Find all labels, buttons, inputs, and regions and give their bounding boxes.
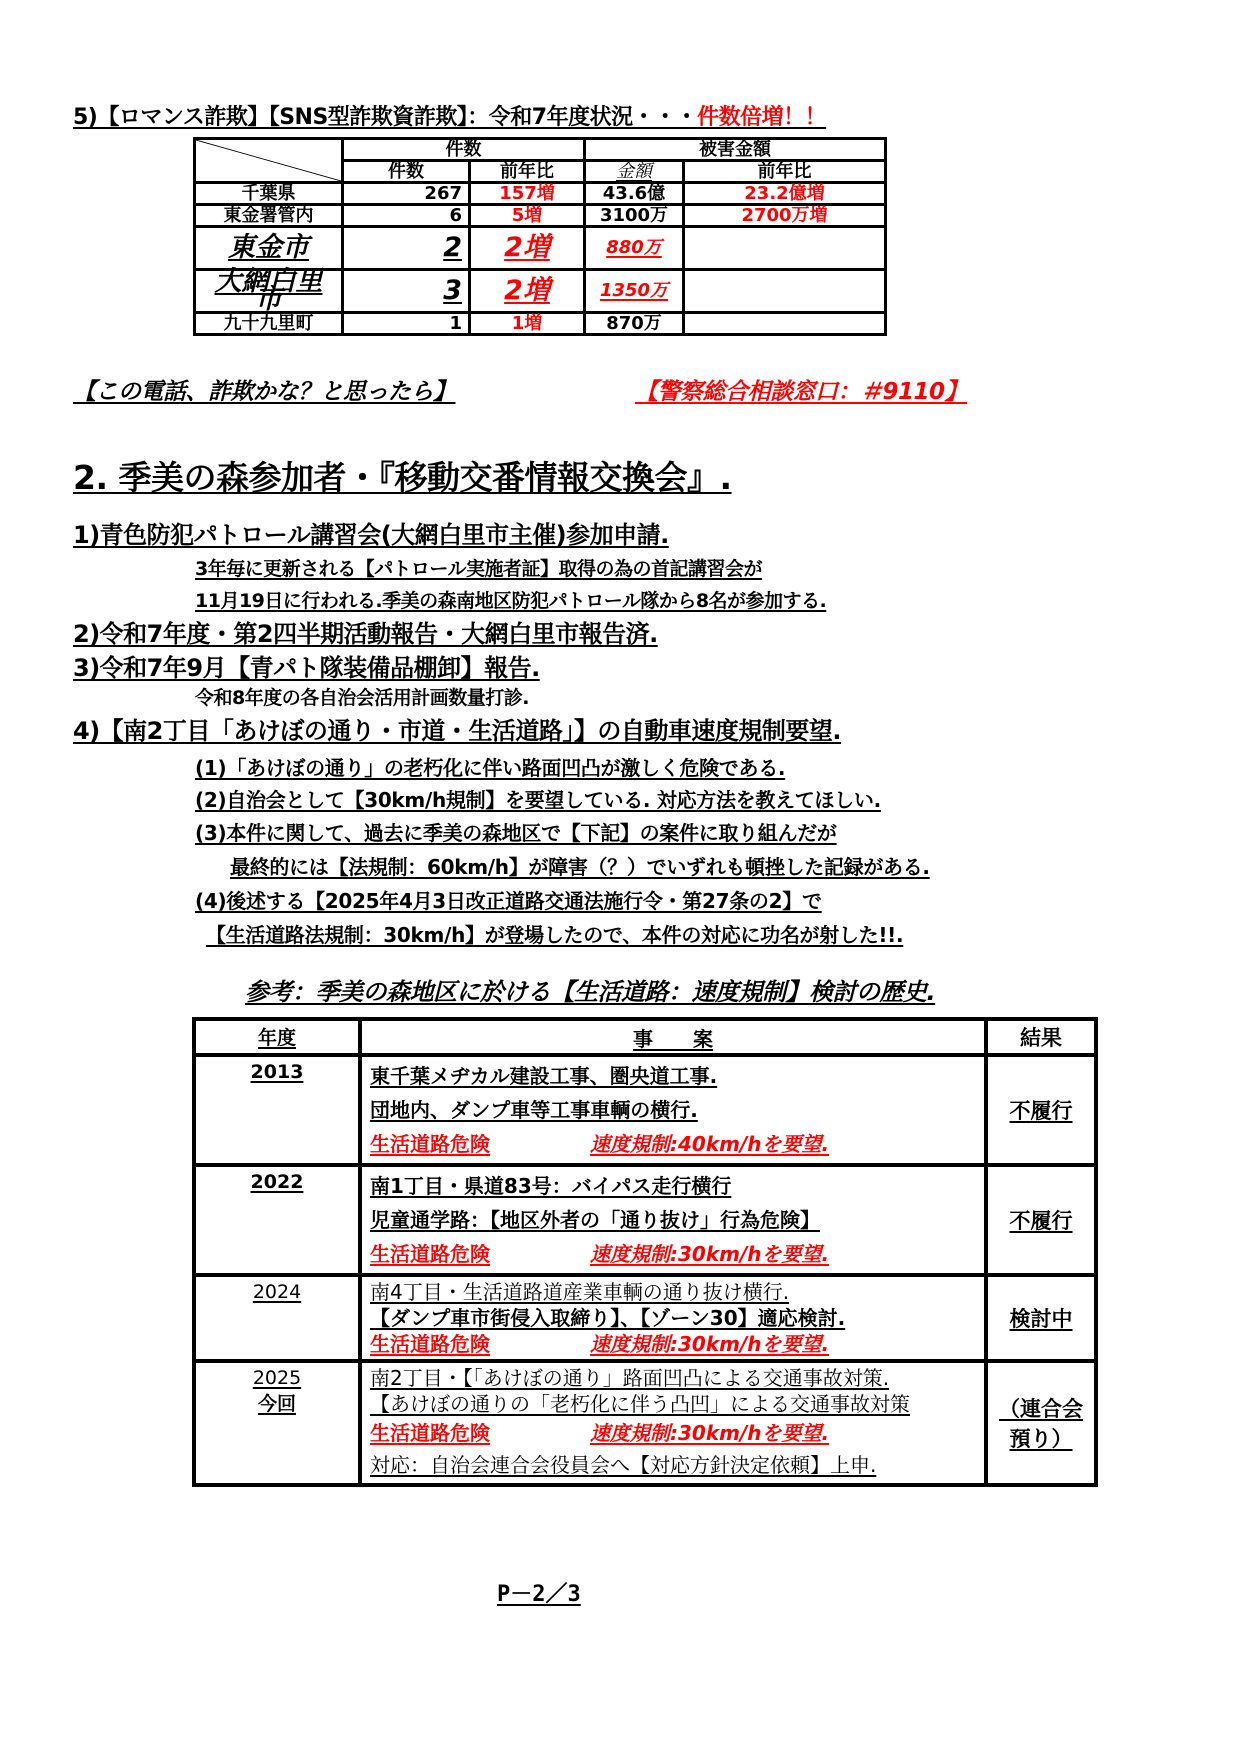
header-case: 事 案 <box>360 1019 986 1055</box>
case-cell: 南2丁目・【「あけぼの通り」路面凹凸による交通事故対策. 【あけぼの通りの「老朽… <box>360 1361 986 1485</box>
count-cell: 1 <box>343 313 470 335</box>
case-cell: 南4丁目・生活道路道産業車輌の通り抜け横行. 【ダンプ車市街侵入取締り】、【ゾー… <box>360 1275 986 1361</box>
subheader-amount: 金額 <box>585 161 684 183</box>
fraud-stats-table: 件数 被害金額 件数 前年比 金額 前年比 千葉県 267 157増 43.6億… <box>193 137 887 336</box>
area-cell: 東金署管内 <box>195 205 343 227</box>
case-line: 東千葉メヂカル建設工事、圏央道工事. <box>370 1059 976 1093</box>
result-line: 預り） <box>989 1423 1093 1453</box>
item4-point: 最終的には【法規制：60km/h】が障害（？）でいずれも頓挫した記録がある. <box>230 851 930 880</box>
item4-point: (1)「あけぼの通り」の老朽化に伴い路面凹凸が激しく危険である. <box>195 752 785 781</box>
area-cell: 千葉県 <box>195 183 343 205</box>
fraud-callout: 【この電話、詐欺かな？と思ったら】 <box>73 373 456 406</box>
area-cell: 東金市 <box>195 227 343 270</box>
case-line: 南1丁目・県道83号：バイパス走行横行 <box>370 1169 976 1203</box>
year-cell: 2024 <box>194 1275 360 1361</box>
item3-line: 令和8年度の各自治会活用計画数量打診. <box>195 683 529 710</box>
amount-change-cell <box>684 270 886 313</box>
header-result: 結果 <box>986 1019 1096 1055</box>
case-line: 南4丁目・生活道路道産業車輌の通り抜け横行. <box>370 1279 976 1305</box>
count-change-cell: 2増 <box>470 270 585 313</box>
speed-regulation-history-table: 年度 事 案 結果 2013 東千葉メヂカル建設工事、圏央道工事. 団地内、ダン… <box>192 1017 1098 1487</box>
danger-label: 生活道路危険 <box>370 1421 490 1445</box>
year-cell: 2025 今回 <box>194 1361 360 1485</box>
count-change-cell: 5増 <box>470 205 585 227</box>
table-row: 2024 南4丁目・生活道路道産業車輌の通り抜け横行. 【ダンプ車市街侵入取締り… <box>194 1275 1096 1361</box>
item4-point: (3)本件に関して、過去に季美の森地区で【下記】の案件に取り組んだが <box>195 817 837 846</box>
group-header-count: 件数 <box>343 139 585 161</box>
speed-request: 速度規制:30km/hを要望. <box>590 1421 829 1445</box>
case-cell: 南1丁目・県道83号：バイパス走行横行 児童通学路：【地区外者の「通り抜け」行為… <box>360 1165 986 1275</box>
speed-request: 速度規制:40km/hを要望. <box>590 1132 829 1156</box>
subheader-count-change: 前年比 <box>470 161 585 183</box>
count-cell: 267 <box>343 183 470 205</box>
case-line: 【あけぼの通りの「老朽化に伴う凸凹」による交通事故対策 <box>370 1391 976 1417</box>
count-change-cell: 2増 <box>470 227 585 270</box>
subheader-count: 件数 <box>343 161 470 183</box>
table-row: 2013 東千葉メヂカル建設工事、圏央道工事. 団地内、ダンプ車等工事車輌の横行… <box>194 1055 1096 1165</box>
speed-request: 速度規制:30km/hを要望. <box>590 1332 829 1356</box>
case-cell: 東千葉メヂカル建設工事、圏央道工事. 団地内、ダンプ車等工事車輌の横行. 生活道… <box>360 1055 986 1165</box>
table-corner-cell <box>195 139 343 183</box>
header-year: 年度 <box>194 1019 360 1055</box>
subheader-amount-change: 前年比 <box>684 161 886 183</box>
case-line: 対応：自治会連合会役員会へ【対応方針決定依頼】上申. <box>370 1449 976 1481</box>
year-value: 2013 <box>251 1061 304 1083</box>
section5-heading-highlight: 件数倍増！！ <box>697 105 826 130</box>
danger-label: 生活道路危険 <box>370 1132 490 1156</box>
amount-cell: 3100万 <box>585 205 684 227</box>
police-hotline: 【警察総合相談窓口：＃9110】 <box>635 373 967 406</box>
result-cell: 検討中 <box>986 1275 1096 1361</box>
result-line: （連合会 <box>989 1393 1093 1423</box>
year-value: 2024 <box>253 1281 301 1303</box>
count-change-cell: 1増 <box>470 313 585 335</box>
year-sub-label: 今回 <box>197 1389 357 1416</box>
item4-point: 【生活道路法規制：30km/h】が登場したので、本件の対応に功名が射した!!. <box>206 919 903 948</box>
section5-heading-text: 5)【ロマンス詐欺】【SNS型詐欺資詐欺】：令和7年度状況・・・ <box>73 105 697 130</box>
amount-change-cell: 2700万増 <box>684 205 886 227</box>
table-row: 東金署管内 6 5増 3100万 2700万増 <box>195 205 886 227</box>
item4-heading: 4)【南2丁目「あけぼの通り・市道・生活道路」】の自動車速度規制要望. <box>73 711 841 746</box>
amount-cell: 43.6億 <box>585 183 684 205</box>
item1-heading: 1)青色防犯パトロール講習会(大網白里市主催)参加申請. <box>73 515 669 550</box>
count-cell: 2 <box>343 227 470 270</box>
case-line: 【ダンプ車市街侵入取締り】、【ゾーン30】適応検討. <box>370 1305 976 1331</box>
danger-label: 生活道路危険 <box>370 1332 490 1356</box>
count-cell: 6 <box>343 205 470 227</box>
diagonal-line-icon <box>196 140 341 181</box>
reference-title: 参考：季美の森地区に於ける【生活道路：速度規制】検討の歴史. <box>245 972 935 1007</box>
table-row: 2022 南1丁目・県道83号：バイパス走行横行 児童通学路：【地区外者の「通り… <box>194 1165 1096 1275</box>
table-row: 大網白里市 3 2増 1350万 <box>195 270 886 313</box>
amount-change-cell <box>684 313 886 335</box>
amount-change-cell <box>684 227 886 270</box>
year-value: 2025 <box>197 1367 357 1389</box>
result-cell: （連合会 預り） <box>986 1361 1096 1485</box>
page-number: P－2／3 <box>497 1577 581 1608</box>
section2-title: 2. 季美の森参加者・『移動交番情報交換会』. <box>73 452 732 499</box>
result-cell: 不履行 <box>986 1055 1096 1165</box>
item1-line1: 3年毎に更新される【パトロール実施者証】取得の為の首記講習会が <box>195 554 762 581</box>
section5-heading: 5)【ロマンス詐欺】【SNS型詐欺資詐欺】：令和7年度状況・・・件数倍増！！ <box>73 100 826 131</box>
item3-heading: 3)令和7年9月【青パト隊装備品棚卸】報告. <box>73 648 540 683</box>
table-row: 九十九里町 1 1増 870万 <box>195 313 886 335</box>
item4-point: (2)自治会として【30km/h規制】を要望している. 対応方法を教えてほしい. <box>195 784 881 813</box>
item1-line2: 11月19日に行われる.季美の森南地区防犯パトロール隊から8名が参加する. <box>195 586 826 613</box>
case-line: 団地内、ダンプ車等工事車輌の横行. <box>370 1093 976 1127</box>
year-value: 2022 <box>251 1171 304 1193</box>
item2-heading: 2)令和7年度・第2四半期活動報告・大網白里市報告済. <box>73 614 658 649</box>
table-row: 2025 今回 南2丁目・【「あけぼの通り」路面凹凸による交通事故対策. 【あけ… <box>194 1361 1096 1485</box>
year-cell: 2022 <box>194 1165 360 1275</box>
amount-change-cell: 23.2億増 <box>684 183 886 205</box>
speed-request: 速度規制:30km/hを要望. <box>590 1242 829 1266</box>
item4-point: (4)後述する【2025年4月3日改正道路交通法施行令・第27条の2】で <box>195 885 822 914</box>
table-row: 千葉県 267 157増 43.6億 23.2億増 <box>195 183 886 205</box>
case-line: 児童通学路：【地区外者の「通り抜け」行為危険】 <box>370 1203 976 1237</box>
danger-label: 生活道路危険 <box>370 1242 490 1266</box>
table-row: 東金市 2 2増 880万 <box>195 227 886 270</box>
amount-cell: 880万 <box>585 227 684 270</box>
area-cell: 大網白里市 <box>195 270 343 313</box>
result-cell: 不履行 <box>986 1165 1096 1275</box>
case-line: 南2丁目・【「あけぼの通り」路面凹凸による交通事故対策. <box>370 1365 976 1391</box>
amount-cell: 870万 <box>585 313 684 335</box>
amount-cell: 1350万 <box>585 270 684 313</box>
group-header-damage: 被害金額 <box>585 139 886 161</box>
year-cell: 2013 <box>194 1055 360 1165</box>
count-change-cell: 157増 <box>470 183 585 205</box>
area-cell: 九十九里町 <box>195 313 343 335</box>
count-cell: 3 <box>343 270 470 313</box>
